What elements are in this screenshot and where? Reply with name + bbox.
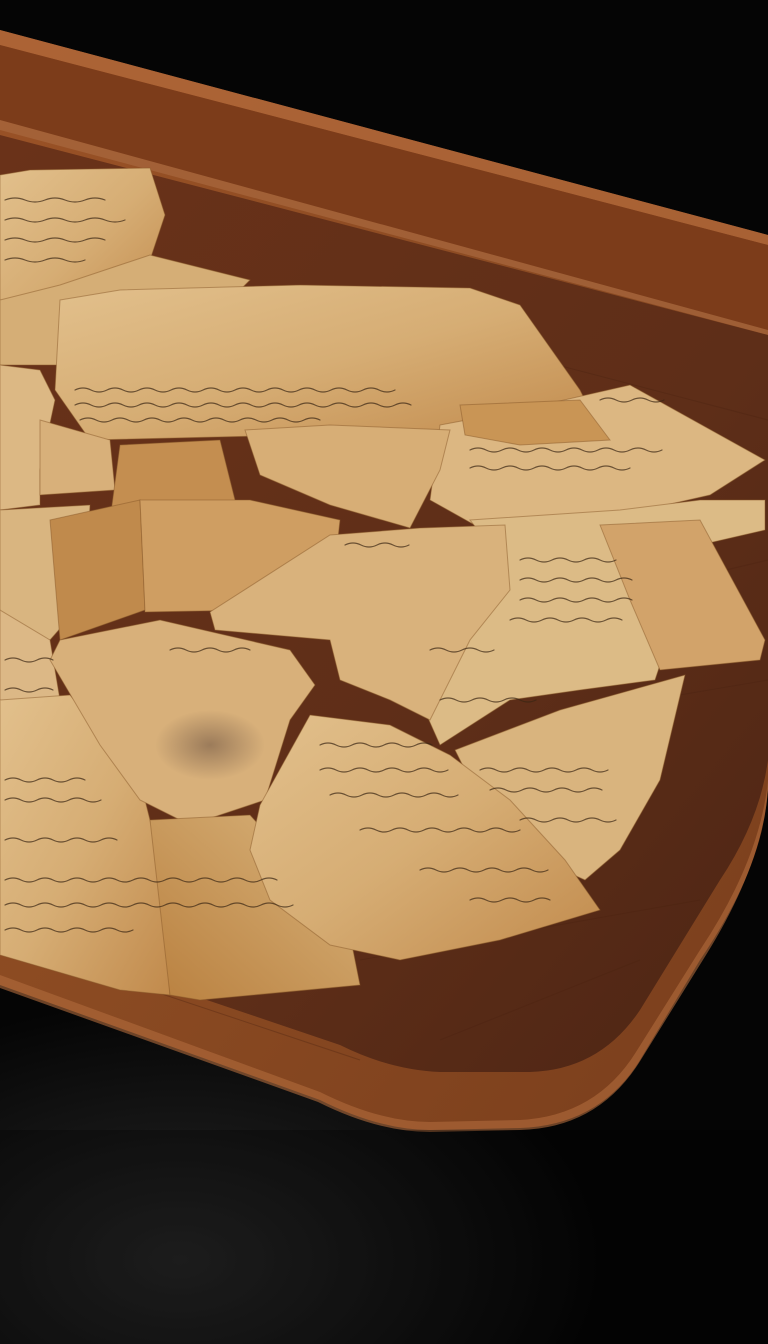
tray-illustration xyxy=(0,0,768,1344)
photo-scene: Torn, aged parchment fragments with fade… xyxy=(0,0,768,1344)
